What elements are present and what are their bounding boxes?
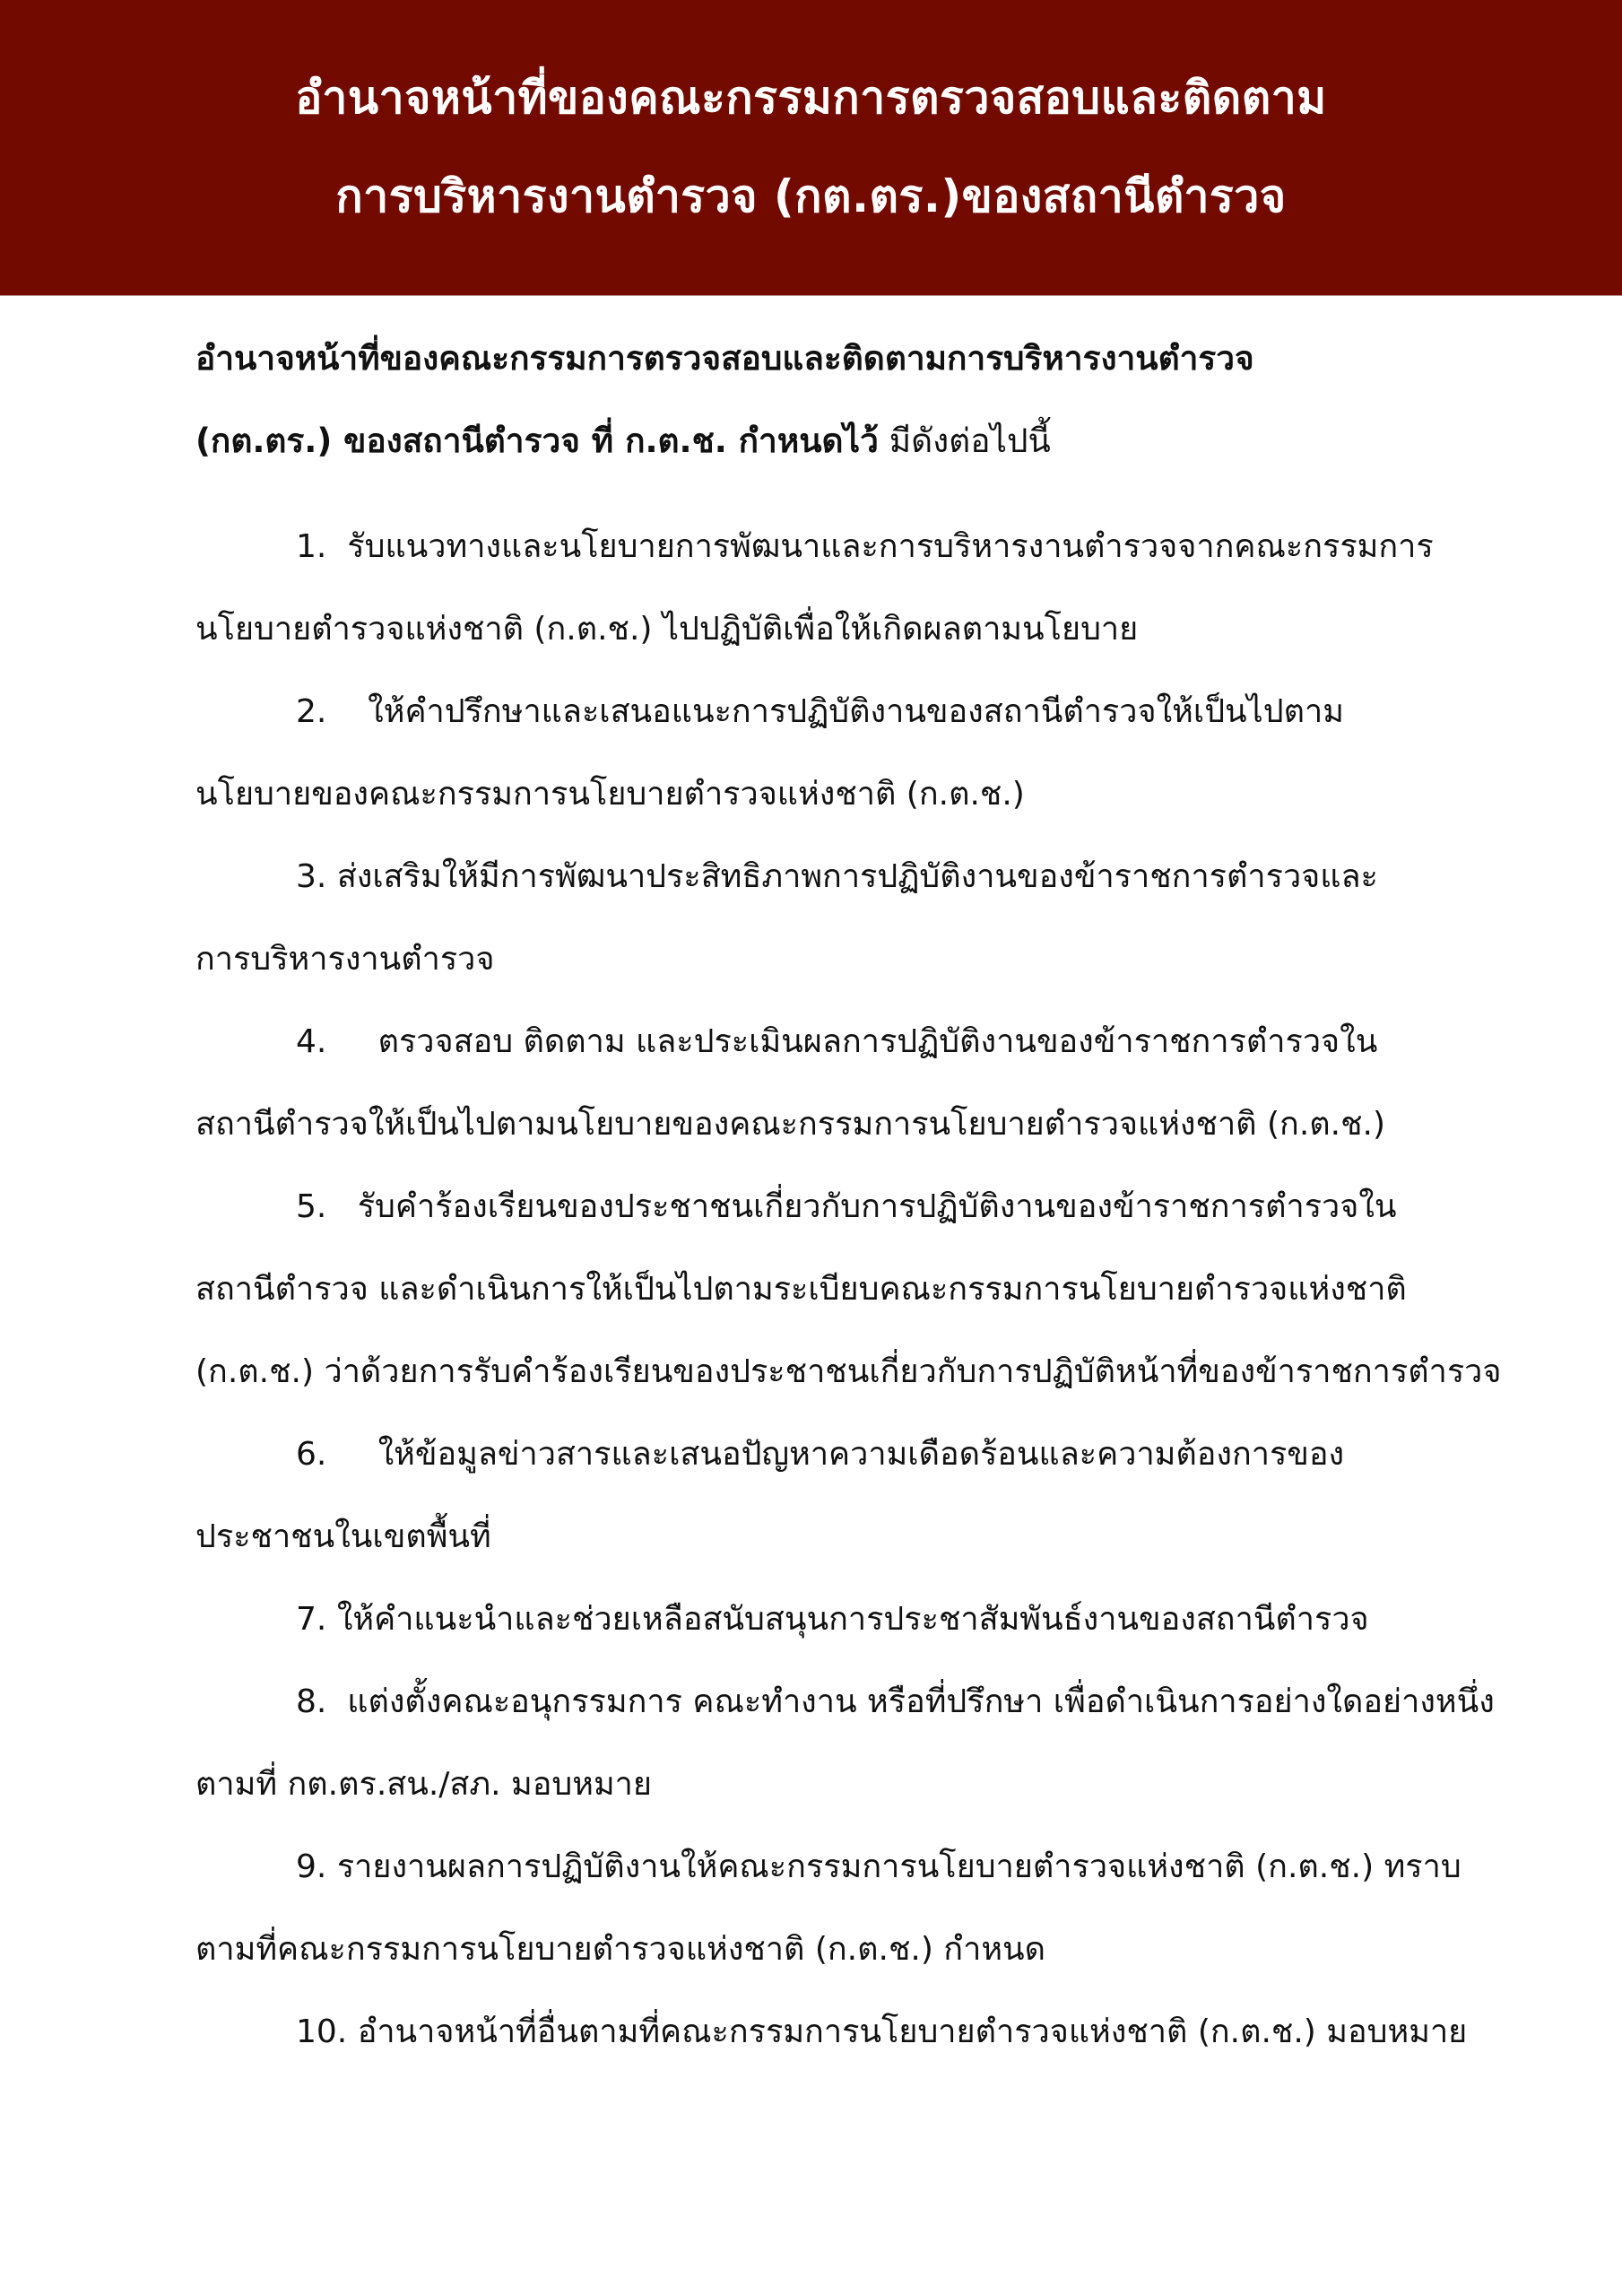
- item-number: 1.: [296, 528, 326, 565]
- list-item-10: 10. อำนาจหน้าที่อื่นตามที่คณะกรรมการนโยบ…: [296, 2005, 1467, 2059]
- item-number: 9.: [296, 1848, 326, 1885]
- item-number: 8.: [296, 1683, 326, 1720]
- list-item-5: 5. รับคำร้องเรียนของประชาชนเกี่ยวกับการป…: [296, 1180, 1397, 1234]
- item-text: แต่งตั้งคณะอนุกรรมการ คณะทำงาน หรือที่ปร…: [347, 1683, 1495, 1720]
- intro-line-1: อำนาจหน้าที่ของคณะกรรมการตรวจสอบและติดตา…: [195, 332, 1254, 386]
- list-item-1-cont: นโยบายตำรวจแห่งชาติ (ก.ต.ช.) ไปปฏิบัติเพ…: [195, 603, 1138, 657]
- item-text: รับแนวทางและนโยบายการพัฒนาและการบริหารงา…: [347, 528, 1433, 565]
- list-item-6: 6. ให้ข้อมูลข่าวสารและเสนอปัญหาความเดือด…: [296, 1428, 1344, 1482]
- page-title-line-2: การบริหารงานตำรวจ (กต.ตร.)ของสถานีตำรวจ: [0, 161, 1622, 232]
- intro-normal-text: มีดังต่อไปนี้: [879, 422, 1051, 460]
- list-item-3: 3. ส่งเสริมให้มีการพัฒนาประสิทธิภาพการปฏ…: [296, 850, 1378, 904]
- list-item-6-cont: ประชาชนในเขตพื้นที่: [195, 1510, 491, 1564]
- intro-bold-text: อำนาจหน้าที่ของคณะกรรมการตรวจสอบและติดตา…: [195, 339, 1254, 378]
- item-number: 3.: [296, 858, 326, 895]
- item-text: รับคำร้องเรียนของประชาชนเกี่ยวกับการปฏิบ…: [358, 1188, 1397, 1225]
- intro-line-2: (กต.ตร.) ของสถานีตำรวจ ที่ ก.ต.ช. กำหนดไ…: [195, 414, 1051, 468]
- item-text: รายงานผลการปฏิบัติงานให้คณะกรรมการนโยบาย…: [337, 1848, 1462, 1885]
- list-item-2: 2. ให้คำปรึกษาและเสนอแนะการปฏิบัติงานของ…: [296, 685, 1344, 739]
- list-item-5-cont: (ก.ต.ช.) ว่าด้วยการรับคำร้องเรียนของประช…: [195, 1345, 1501, 1399]
- item-text: ตรวจสอบ ติดตาม และประเมินผลการปฏิบัติงาน…: [378, 1023, 1378, 1060]
- list-item-3-cont: การบริหารงานตำรวจ: [195, 933, 494, 987]
- item-number: 2.: [296, 693, 326, 730]
- list-item-8: 8. แต่งตั้งคณะอนุกรรมการ คณะทำงาน หรือที…: [296, 1675, 1495, 1729]
- item-number: 4.: [296, 1023, 326, 1060]
- list-item-1: 1. รับแนวทางและนโยบายการพัฒนาและการบริหา…: [296, 520, 1434, 574]
- item-text: ให้คำแนะนำและช่วยเหลือสนับสนุนการประชาสั…: [337, 1601, 1369, 1638]
- list-item-5-cont: สถานีตำรวจ และดำเนินการให้เป็นไปตามระเบี…: [195, 1263, 1407, 1317]
- list-item-9-cont: ตามที่คณะกรรมการนโยบายตำรวจแห่งชาติ (ก.ต…: [195, 1923, 1045, 1977]
- item-text: อำนาจหน้าที่อื่นตามที่คณะกรรมการนโยบายตำ…: [358, 2013, 1468, 2050]
- item-text: ให้คำปรึกษาและเสนอแนะการปฏิบัติงานของสถา…: [368, 693, 1344, 730]
- list-item-4: 4. ตรวจสอบ ติดตาม และประเมินผลการปฏิบัติ…: [296, 1015, 1377, 1069]
- list-item-2-cont: นโยบายของคณะกรรมการนโยบายตำรวจแห่งชาติ (…: [195, 768, 1025, 822]
- list-item-7: 7. ให้คำแนะนำและช่วยเหลือสนับสนุนการประช…: [296, 1593, 1369, 1647]
- list-item-8-cont: ตามที่ กต.ตร.สน./สภ. มอบหมาย: [195, 1758, 652, 1812]
- intro-bold-text: (กต.ตร.) ของสถานีตำรวจ ที่ ก.ต.ช. กำหนดไ…: [195, 422, 879, 460]
- item-number: 5.: [296, 1188, 326, 1225]
- list-item-9: 9. รายงานผลการปฏิบัติงานให้คณะกรรมการนโย…: [296, 1840, 1462, 1894]
- page-title-line-1: อำนาจหน้าที่ของคณะกรรมการตรวจสอบและติดตา…: [0, 63, 1622, 134]
- item-text: ส่งเสริมให้มีการพัฒนาประสิทธิภาพการปฏิบั…: [337, 858, 1378, 895]
- item-number: 7.: [296, 1601, 326, 1638]
- item-text: ให้ข้อมูลข่าวสารและเสนอปัญหาความเดือดร้อ…: [378, 1436, 1345, 1473]
- item-number: 6.: [296, 1436, 326, 1473]
- title-banner: อำนาจหน้าที่ของคณะกรรมการตรวจสอบและติดตา…: [0, 0, 1622, 296]
- list-item-4-cont: สถานีตำรวจให้เป็นไปตามนโยบายของคณะกรรมกา…: [195, 1098, 1385, 1152]
- item-number: 10.: [296, 2013, 347, 2050]
